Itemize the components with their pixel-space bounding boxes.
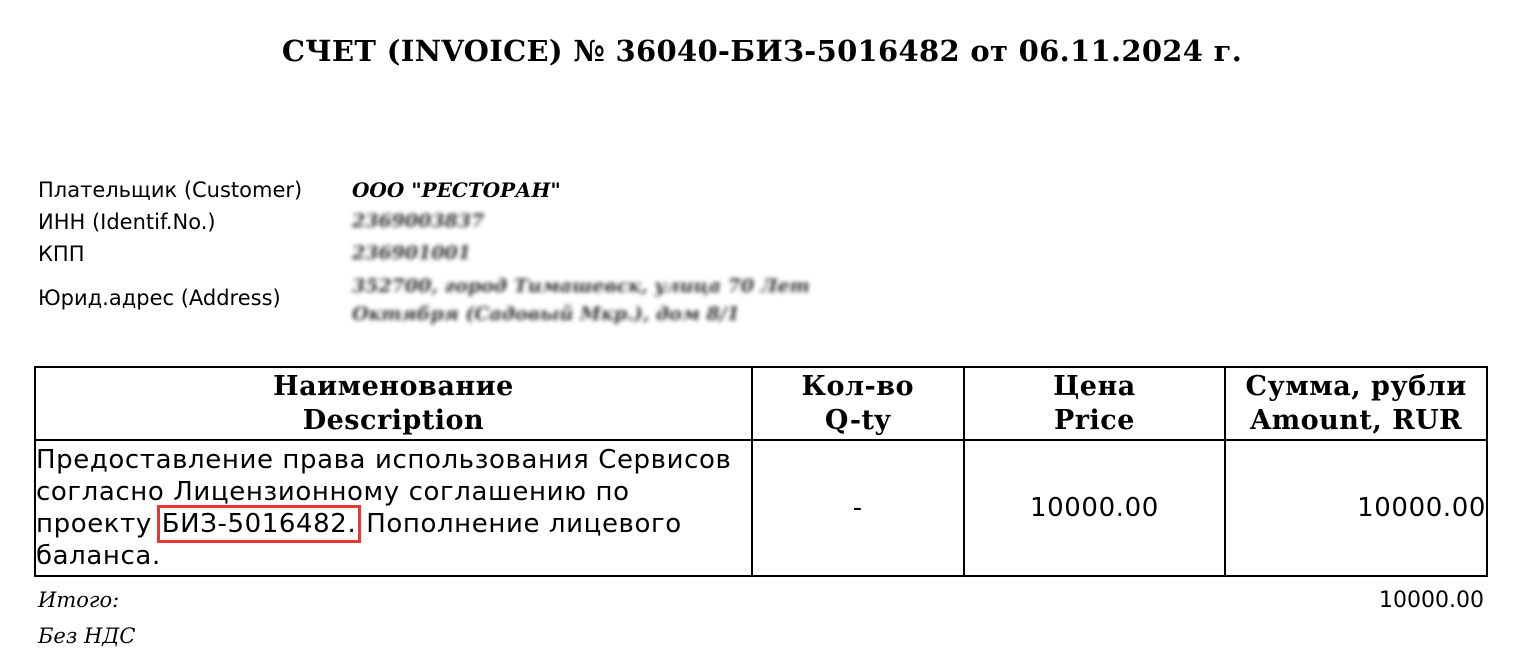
header-amount-en: Amount, RUR xyxy=(1226,404,1486,438)
header-quantity-en: Q-ty xyxy=(753,404,963,438)
address-label: Юрид.адрес (Address) xyxy=(38,286,281,310)
header-description-ru: Наименование xyxy=(36,370,751,404)
header-amount-ru: Сумма, рубли xyxy=(1226,370,1486,404)
header-description: Наименование Description xyxy=(35,367,752,440)
inn-label: ИНН (Identif.No.) xyxy=(38,210,216,234)
invoice-title: СЧЕТ (INVOICE) № 36040-БИЗ-5016482 от 06… xyxy=(0,34,1524,68)
header-price-en: Price xyxy=(965,404,1225,438)
header-price-ru: Цена xyxy=(965,370,1225,404)
project-id-highlight: БИЗ-5016482. xyxy=(161,509,358,539)
kpp-value-redacted: 236901001 xyxy=(352,242,471,264)
table-header-row: Наименование Description Кол-во Q-ty Цен… xyxy=(35,367,1487,440)
header-quantity-ru: Кол-во xyxy=(753,370,963,404)
header-amount: Сумма, рубли Amount, RUR xyxy=(1225,367,1487,440)
total-value: 10000.00 xyxy=(1379,588,1484,613)
vat-label: Без НДС xyxy=(38,624,135,648)
header-quantity: Кол-во Q-ty xyxy=(752,367,964,440)
table-row: Предоставление права использования Серви… xyxy=(35,440,1487,576)
total-label: Итого: xyxy=(38,588,119,612)
address-value-redacted: 352700, город Тимашевск, улица 70 Лет Ок… xyxy=(352,272,912,328)
item-description: Предоставление права использования Серви… xyxy=(35,440,752,576)
payer-label: Плательщик (Customer) xyxy=(38,178,302,202)
kpp-label: КПП xyxy=(38,242,85,266)
payer-value: ООО "РЕСТОРАН" xyxy=(352,178,561,202)
header-price: Цена Price xyxy=(964,367,1226,440)
header-description-en: Description xyxy=(36,404,751,438)
invoice-items-table: Наименование Description Кол-во Q-ty Цен… xyxy=(34,366,1488,577)
address-line-1: 352700, город Тимашевск, улица 70 Лет xyxy=(352,272,912,300)
item-price: 10000.00 xyxy=(964,440,1226,576)
item-amount: 10000.00 xyxy=(1225,440,1487,576)
item-quantity: - xyxy=(752,440,964,576)
address-line-2: Октября (Садовый Мкр.), дом 8/1 xyxy=(352,300,912,328)
inn-value-redacted: 2369003837 xyxy=(352,210,484,232)
